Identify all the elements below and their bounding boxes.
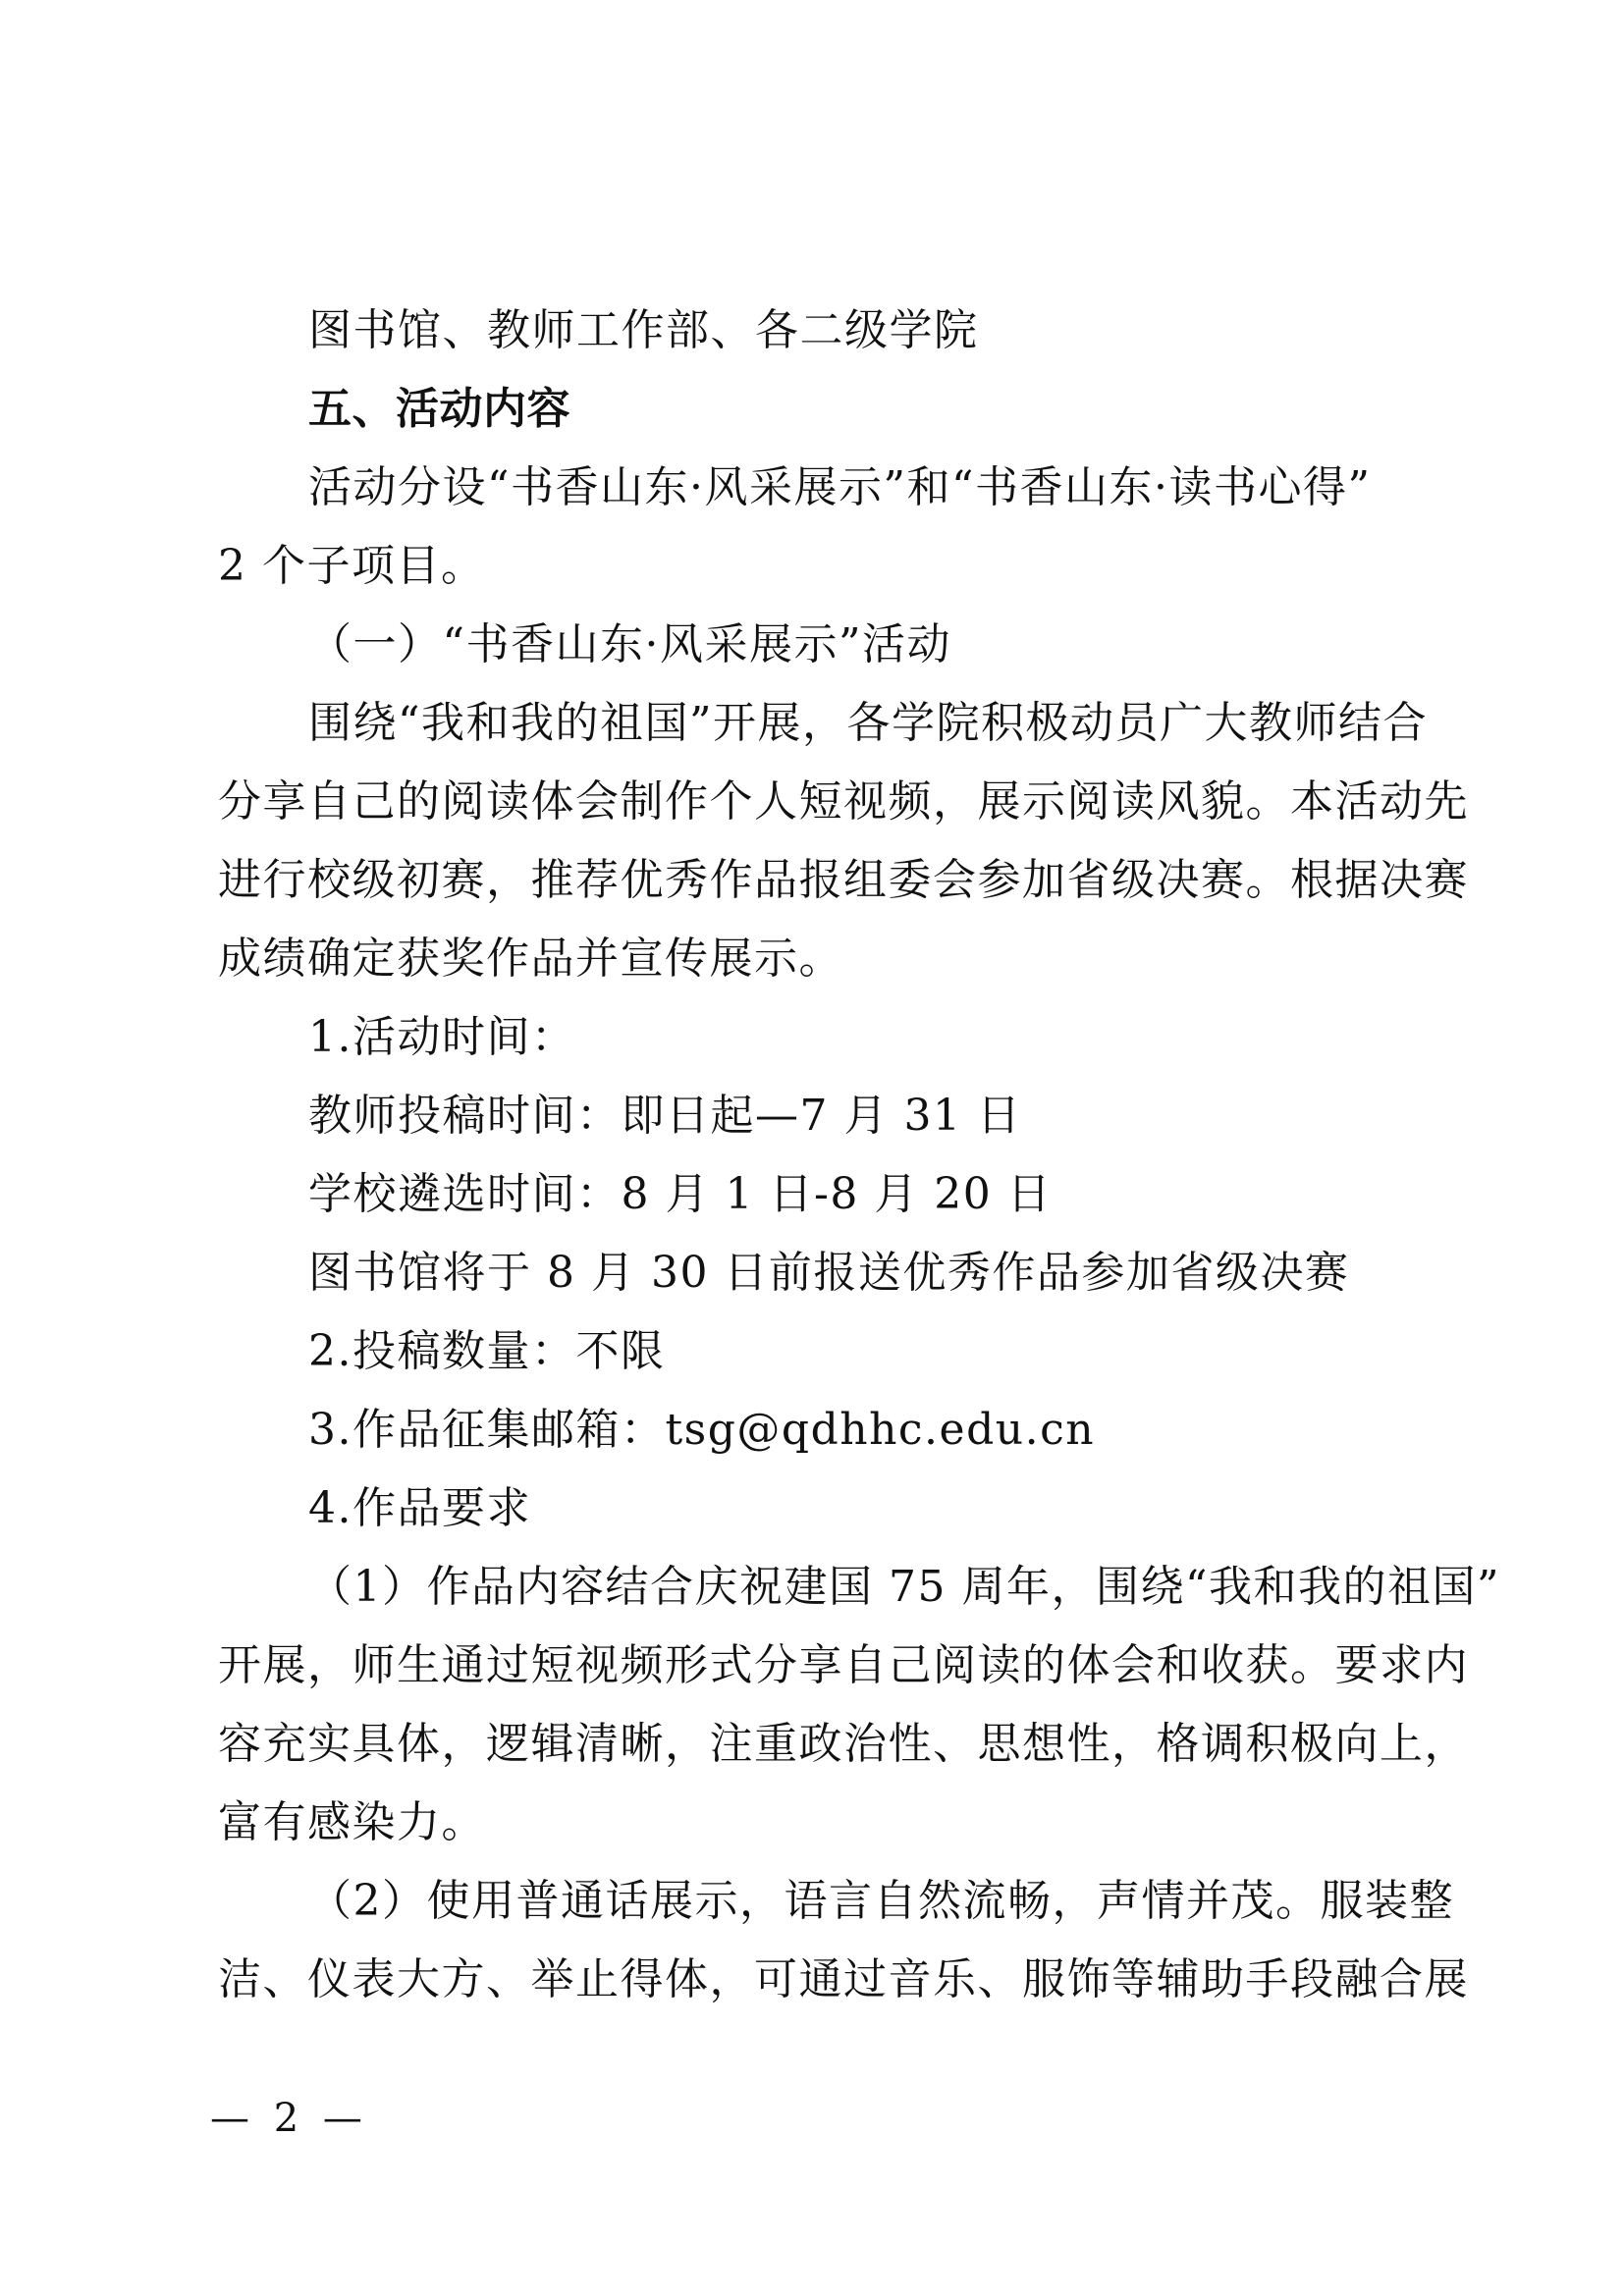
- doc-line: 4.作品要求: [218, 1469, 1428, 1548]
- doc-line: 富有感染力。: [218, 1784, 1428, 1862]
- page-number-footer: — 2 —: [210, 2089, 368, 2148]
- doc-line: 2.投稿数量：不限: [218, 1312, 1428, 1391]
- doc-line: 教师投稿时间：即日起—7 月 31 日: [218, 1077, 1428, 1155]
- section-heading: 五、活动内容: [218, 370, 1428, 449]
- doc-line: 3.作品征集邮箱：tsg@qdhhc.edu.cn: [218, 1391, 1428, 1469]
- doc-line: （2）使用普通话展示，语言自然流畅，声情并茂。服装整: [218, 1862, 1428, 1941]
- doc-line: 进行校级初赛，推荐优秀作品报组委会参加省级决赛。根据决赛: [218, 841, 1428, 920]
- doc-line: 图书馆将于 8 月 30 日前报送优秀作品参加省级决赛: [218, 1234, 1428, 1312]
- doc-line: 开展，师生通过短视频形式分享自己阅读的体会和收获。要求内: [218, 1627, 1428, 1705]
- doc-line: （一）“书香山东·风采展示”活动: [218, 606, 1428, 684]
- doc-line: （1）作品内容结合庆祝建国 75 周年，围绕“我和我的祖国”: [218, 1548, 1428, 1627]
- document-page: 图书馆、教师工作部、各二级学院五、活动内容活动分设“书香山东·风采展示”和“书香…: [0, 0, 1624, 2296]
- doc-line: 洁、仪表大方、举止得体，可通过音乐、服饰等辅助手段融合展: [218, 1941, 1428, 2019]
- doc-line: 容充实具体，逻辑清晰，注重政治性、思想性，格调积极向上，: [218, 1705, 1428, 1784]
- doc-line: 成绩确定获奖作品并宣传展示。: [218, 920, 1428, 998]
- doc-line: 1.活动时间：: [218, 998, 1428, 1077]
- doc-line: 活动分设“书香山东·风采展示”和“书香山东·读书心得”: [218, 449, 1428, 527]
- doc-line: 围绕“我和我的祖国”开展，各学院积极动员广大教师结合: [218, 684, 1428, 763]
- doc-line: 学校遴选时间：8 月 1 日-8 月 20 日: [218, 1155, 1428, 1234]
- doc-line: 图书馆、教师工作部、各二级学院: [218, 292, 1428, 370]
- text-block: 图书馆、教师工作部、各二级学院五、活动内容活动分设“书香山东·风采展示”和“书香…: [218, 292, 1428, 2019]
- doc-line: 分享自己的阅读体会制作个人短视频，展示阅读风貌。本活动先: [218, 763, 1428, 841]
- doc-line: 2 个子项目。: [218, 527, 1428, 606]
